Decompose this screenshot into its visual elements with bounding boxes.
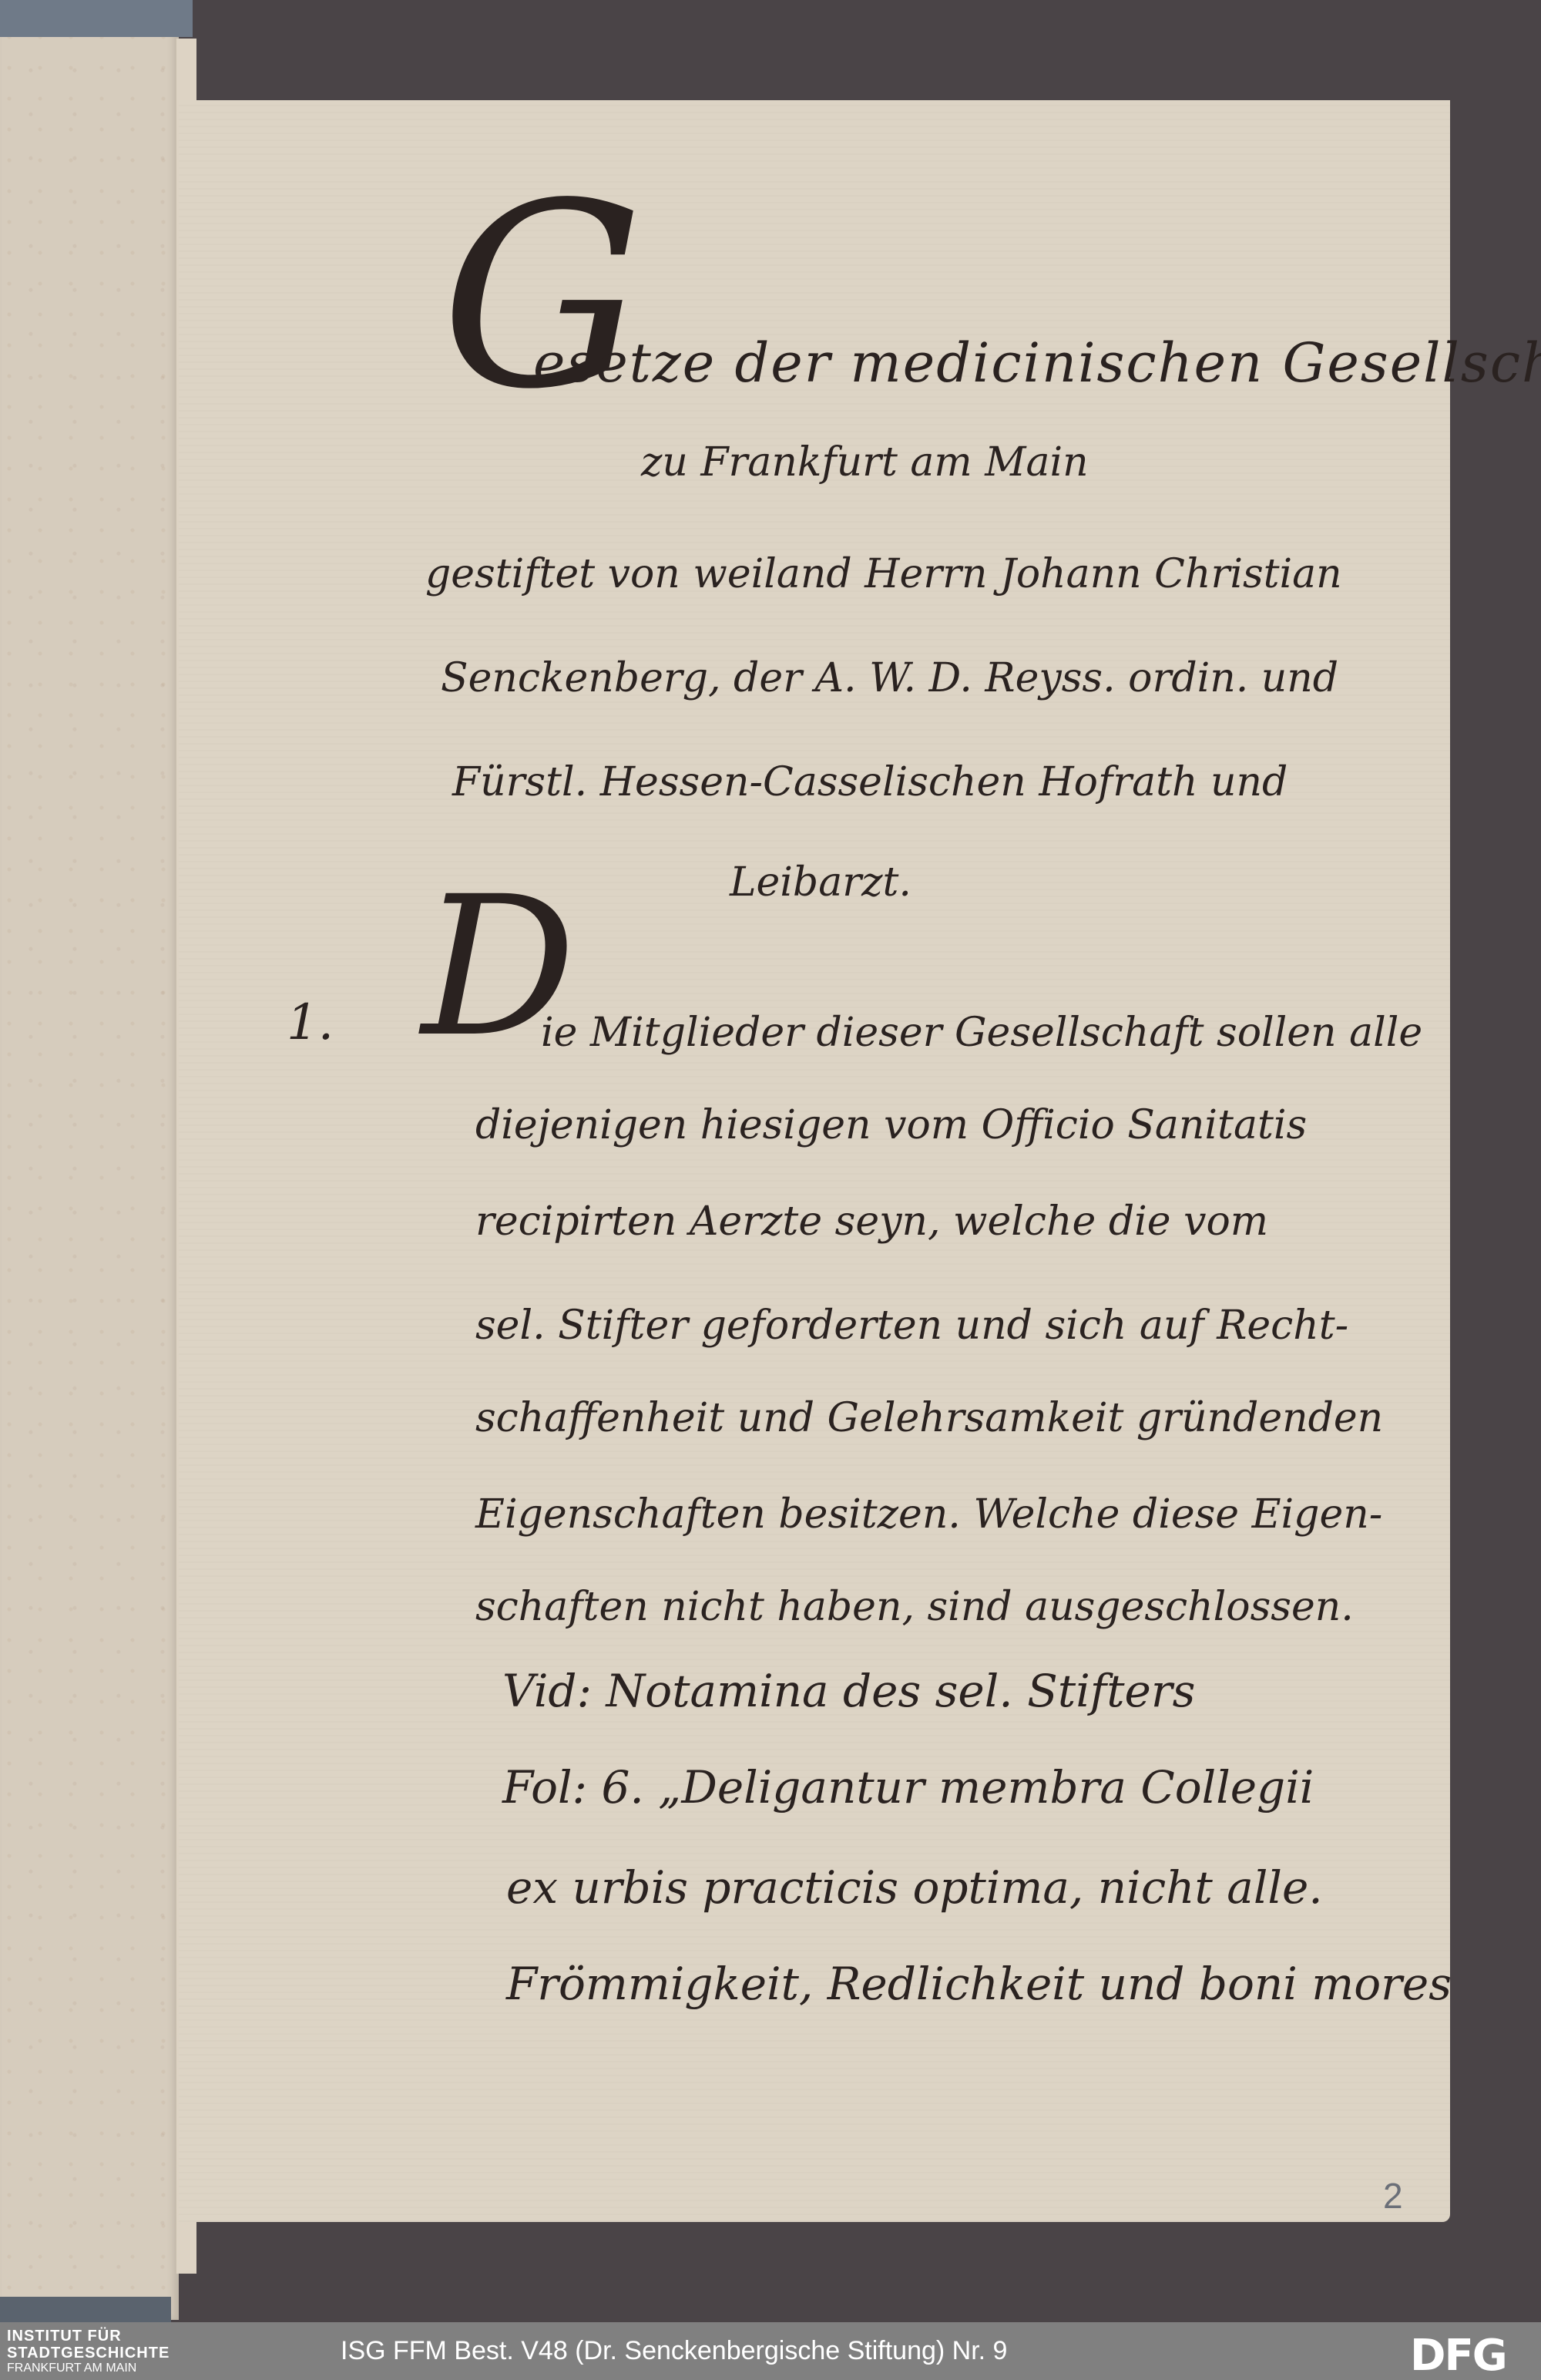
institute-name-line1: INSTITUT FÜR <box>7 2328 170 2344</box>
archive-footer-bar: INSTITUT FÜR STADTGESCHICHTE FRANKFURT A… <box>0 2322 1541 2380</box>
pencil-folio-number: 2 <box>1383 2175 1403 2217</box>
paragraph-line-4: sel. Stifter geforderten und sich auf Re… <box>475 1303 1348 1349</box>
document-title: esetze der medicinischen Gesellschaft <box>533 331 1541 395</box>
institute-name-line2: STADTGESCHICHTE <box>7 2345 170 2361</box>
subtitle-line-4: Fürstl. Hessen-Casselischen Hofrath und <box>452 759 1288 805</box>
subtitle-line-3: Senckenberg, der A. W. D. Reyss. ordin. … <box>441 655 1338 701</box>
cover-blue-binding-top <box>0 0 193 37</box>
latin-line-4: Frömmigkeit, Redlichkeit und boni mores <box>506 1958 1452 2010</box>
subtitle-line-2: gestiftet von weiland Herrn Johann Chris… <box>425 551 1342 597</box>
latin-line-3: ex urbis practicis optima, nicht alle. <box>506 1861 1323 1914</box>
paragraph-line-1: ie Mitglieder dieser Gesellschaft sollen… <box>541 1010 1422 1056</box>
paragraph-line-7: schaften nicht haben, sind ausgeschlosse… <box>475 1584 1354 1630</box>
subtitle-line-5: Leibarzt. <box>730 859 912 906</box>
paragraph-line-5: schaffenheit und Gelehrsamkeit gründende… <box>475 1395 1383 1441</box>
paragraph-line-6: Eigenschaften besitzen. Welche diese Eig… <box>475 1491 1382 1538</box>
archive-signature-caption: ISG FFM Best. V48 (Dr. Senckenbergische … <box>341 2336 1007 2366</box>
book-cover-board <box>0 0 179 2320</box>
latin-line-2: Fol: 6. „Deligantur membra Collegii <box>502 1761 1314 1814</box>
paragraph-number: 1. <box>287 994 334 1051</box>
manuscript-page: G esetze der medicinischen Gesellschaft … <box>179 100 1450 2222</box>
paragraph-line-3: recipirten Aerzte seyn, welche die vom <box>475 1198 1268 1245</box>
institute-logo: INSTITUT FÜR STADTGESCHICHTE FRANKFURT A… <box>7 2328 170 2375</box>
latin-line-1: Vid: Notamina des sel. Stifters <box>502 1665 1195 1717</box>
dfg-logo: DFG <box>1410 2331 1506 2380</box>
cover-blue-binding-bottom <box>0 2297 171 2322</box>
paragraph-line-2: diejenigen hiesigen vom Officio Sanitati… <box>475 1102 1307 1148</box>
institute-location: FRANKFURT AM MAIN <box>7 2362 170 2375</box>
subtitle-line-1: zu Frankfurt am Main <box>641 439 1089 486</box>
